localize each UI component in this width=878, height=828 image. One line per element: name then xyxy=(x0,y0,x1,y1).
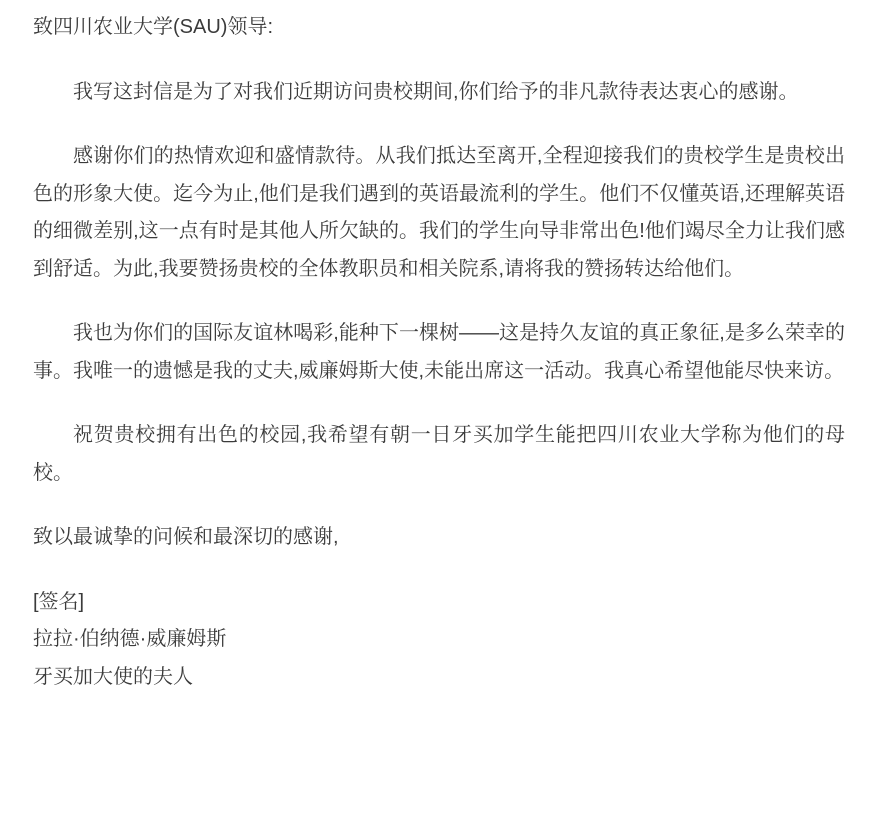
letter-paragraph-congratulations: 祝贺贵校拥有出色的校园,我希望有朝一日牙买加学生能把四川农业大学称为他们的母校。 xyxy=(33,417,845,492)
letter-paragraph-intro: 我写这封信是为了对我们近期访问贵校期间,你们给予的非凡款待表达衷心的感谢。 xyxy=(33,74,845,112)
signature-name: 拉拉·伯纳德·威廉姆斯 xyxy=(33,621,845,659)
signature-placeholder: [签名] xyxy=(33,584,845,622)
letter-paragraph-friendship-forest: 我也为你们的国际友谊林喝彩,能种下一棵树——这是持久友谊的真正象征,是多么荣幸的… xyxy=(33,315,845,390)
letter-closing: 致以最诚挚的问候和最深切的感谢, xyxy=(33,519,845,557)
letter-salutation: 致四川农业大学(SAU)领导: xyxy=(33,9,845,47)
signature-block: [签名] 拉拉·伯纳德·威廉姆斯 牙买加大使的夫人 xyxy=(33,584,845,697)
signature-title: 牙买加大使的夫人 xyxy=(33,659,845,697)
letter-document: 致四川农业大学(SAU)领导: 我写这封信是为了对我们近期访问贵校期间,你们给予… xyxy=(0,0,878,828)
letter-paragraph-hospitality: 感谢你们的热情欢迎和盛情款待。从我们抵达至离开,全程迎接我们的贵校学生是贵校出色… xyxy=(33,138,845,288)
